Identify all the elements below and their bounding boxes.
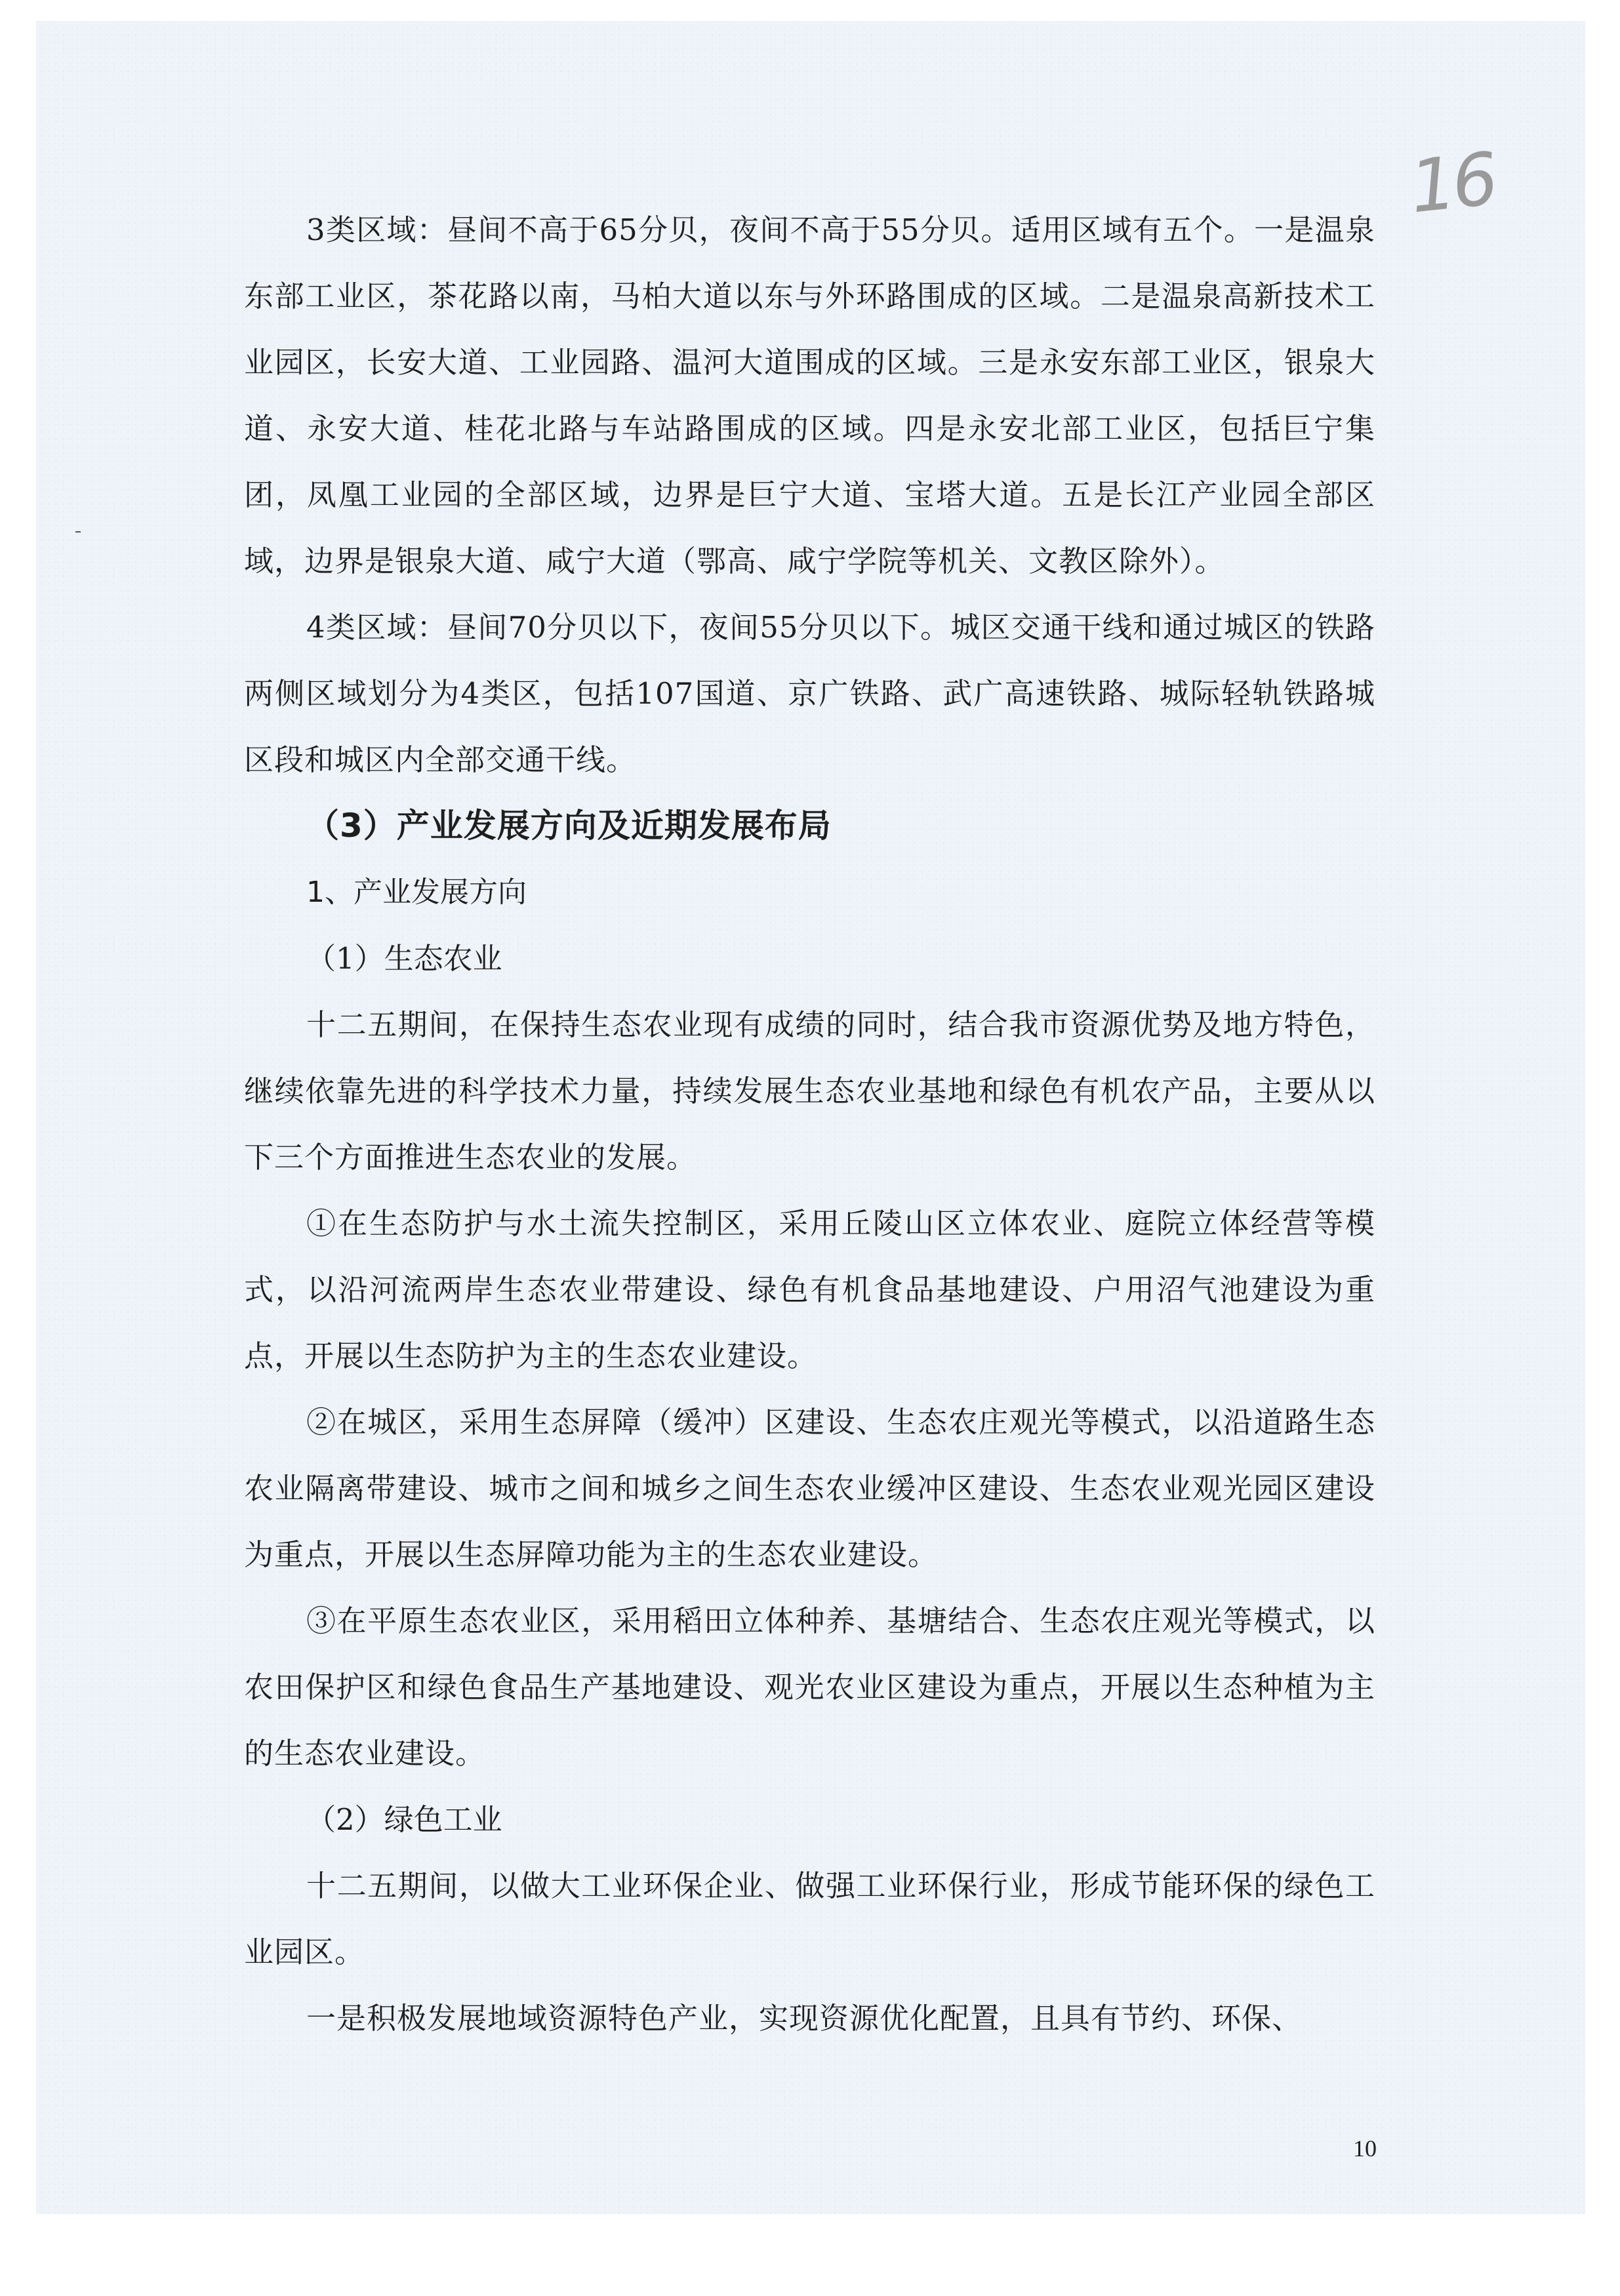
subsection-heading: 1、产业发展方向 xyxy=(244,859,1375,925)
paragraph-zone-3: 3类区域：昼间不高于65分贝，夜间不高于55分贝。适用区域有五个。一是温泉东部工… xyxy=(244,197,1375,594)
document-body: 3类区域：昼间不高于65分贝，夜间不高于55分贝。适用区域有五个。一是温泉东部工… xyxy=(244,197,1375,2051)
handwritten-page-number: 16 xyxy=(1406,137,1499,230)
margin-mark xyxy=(75,531,81,533)
paragraph-plain-zone: ③在平原生态农业区，采用稻田立体种养、基塘结合、生态农庄观光等模式，以农田保护区… xyxy=(244,1588,1375,1786)
page-number: 10 xyxy=(1353,2135,1377,2162)
paragraph-resource-industry: 一是积极发展地域资源特色产业，实现资源优化配置，且具有节约、环保、 xyxy=(244,1985,1375,2051)
item-heading-eco-agriculture: （1）生态农业 xyxy=(244,925,1375,992)
section-heading: （3）产业发展方向及近期发展布局 xyxy=(244,793,1375,859)
paragraph-urban-zone: ②在城区，采用生态屏障（缓冲）区建设、生态农庄观光等模式，以沿道路生态农业隔离带… xyxy=(244,1389,1375,1588)
paragraph-zone-4: 4类区域：昼间70分贝以下，夜间55分贝以下。城区交通干线和通过城区的铁路两侧区… xyxy=(244,594,1375,793)
paragraph-eco-protection-zone: ①在生态防护与水土流失控制区，采用丘陵山区立体农业、庭院立体经营等模式，以沿河流… xyxy=(244,1190,1375,1389)
item-heading-green-industry: （2）绿色工业 xyxy=(244,1786,1375,1853)
paragraph-eco-agriculture-intro: 十二五期间，在保持生态农业现有成绩的同时，结合我市资源优势及地方特色，继续依靠先… xyxy=(244,992,1375,1190)
paragraph-green-industry-intro: 十二五期间，以做大工业环保企业、做强工业环保行业，形成节能环保的绿色工业园区。 xyxy=(244,1853,1375,1985)
